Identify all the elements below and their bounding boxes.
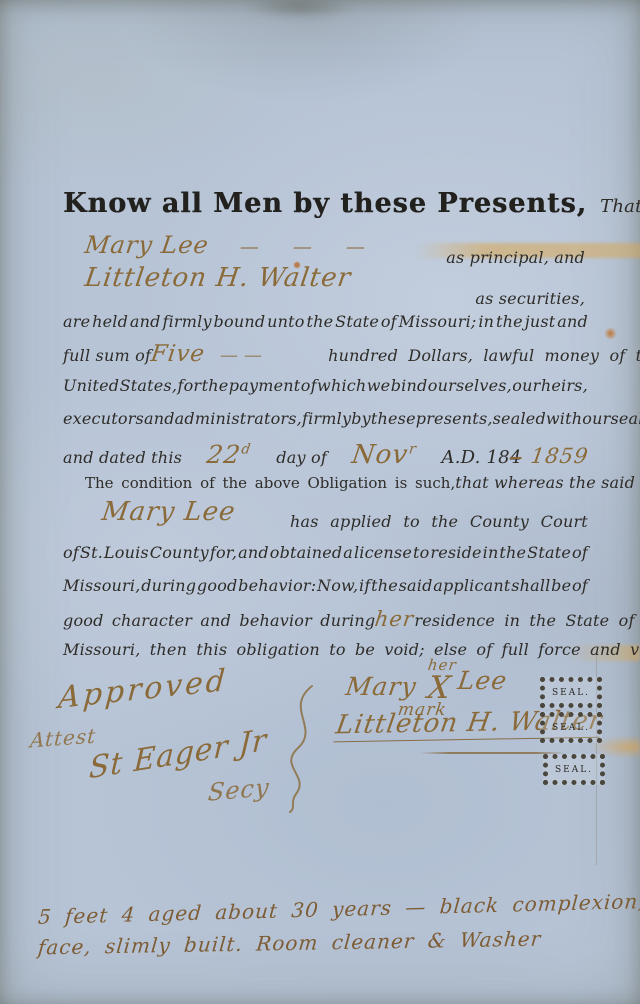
clerk-title: Secy <box>207 773 271 807</box>
year-struck-digit: 4 <box>510 447 522 468</box>
month-handwritten: Novr <box>350 440 418 470</box>
attest-handwritten: Attest <box>29 724 97 753</box>
security-name-handwritten: Littleton H. Walter <box>83 263 353 293</box>
description-note-line-1: 5 feet 4 aged about 30 years — black com… <box>37 887 640 929</box>
body-line-3: UnitedStates,forthepaymentofwhichwebindo… <box>63 376 588 395</box>
seal-stamp-1: SEAL. <box>540 677 602 708</box>
sum-handwritten-group: Five —— <box>151 341 268 367</box>
sum-handwritten: Five <box>149 341 207 367</box>
document-heading: Know all Men by these Presents, That We. <box>63 188 588 219</box>
principal-dashes: — — — <box>238 236 380 258</box>
stain-top-smudge <box>245 0 355 20</box>
pronoun-handwritten: her <box>374 607 416 631</box>
condition-line-4: Missouri,duringgoodbehavior:Now,ifthesai… <box>63 576 588 595</box>
day-of-text: day of <box>276 448 327 467</box>
mark-last-name: Lee <box>456 666 509 695</box>
description-note-line-2: face, slimly built. Room cleaner & Washe… <box>37 927 542 960</box>
month-sup: r <box>408 441 418 457</box>
brace-flourish <box>266 682 326 814</box>
body-line-2: full sum of Five —— hundred Dollars, law… <box>63 341 588 367</box>
day-handwritten: 22d <box>205 440 253 469</box>
principal-name-handwritten: Mary Lee <box>83 231 211 259</box>
condition-line-6: Missouri, then this obligation to be voi… <box>63 640 573 659</box>
body-line-2-pre: full sum of <box>63 346 151 365</box>
stain-dot-right <box>604 327 617 340</box>
condition-line-2: hasappliedtotheCountyCourt <box>290 512 588 531</box>
year-group: A.D. 184 1859 <box>442 444 588 468</box>
principal-label: as principal, and <box>446 248 585 267</box>
principal-line: Mary Lee — — — <box>85 231 379 259</box>
applicant-name-handwritten: Mary Lee <box>100 497 238 527</box>
scanned-bond-document: Know all Men by these Presents, That We.… <box>0 0 640 1004</box>
approved-handwritten: Approved <box>57 663 229 716</box>
security-label: as securities, <box>475 289 585 308</box>
body-line-1: areheldandfirmlybounduntotheStateofMisso… <box>63 312 588 331</box>
day-ordinal: d <box>241 442 253 458</box>
seal-stamp-2: SEAL. <box>540 712 602 743</box>
body-line-4: executorsandadministrators,firmlybythese… <box>63 409 588 428</box>
condition-line-1: The condition of the above Obligation is… <box>63 473 588 492</box>
body-line-5: and dated this 22d day of Novr A.D. 184 … <box>63 440 588 470</box>
dated-this-text: and dated this <box>63 448 182 467</box>
heading-blackletter: Know all Men by these Presents, <box>63 188 587 219</box>
condition-line-3: ofSt.LouisCountyfor,andobtainedalicenset… <box>63 543 588 562</box>
condition-line-5-pre: good character and behavior during <box>63 611 375 630</box>
condition-line-5-post: residence in the State of <box>414 611 634 630</box>
ad-printed: A.D. 18 <box>442 447 510 468</box>
month-name: Nov <box>350 440 410 470</box>
mark-first-name: Mary <box>344 672 419 701</box>
body-line-2-post: hundred Dollars, lawful money of the <box>328 346 640 365</box>
day-number: 22 <box>205 440 243 469</box>
heading-suffix: That We. <box>600 196 640 217</box>
sum-dash: —— <box>219 345 270 366</box>
seal-stamp-3: SEAL. <box>543 754 605 785</box>
condition-italic-text: that whereas the said <box>455 473 635 492</box>
seal-1-label: SEAL. <box>552 688 590 698</box>
seal-3-label: SEAL. <box>555 765 593 775</box>
condition-roman-text: The condition of the above Obligation is… <box>85 474 455 492</box>
seal-2-label: SEAL. <box>552 723 590 733</box>
year-handwritten: 1859 <box>529 444 590 468</box>
condition-line-5: good character and behavior during her r… <box>63 607 588 631</box>
